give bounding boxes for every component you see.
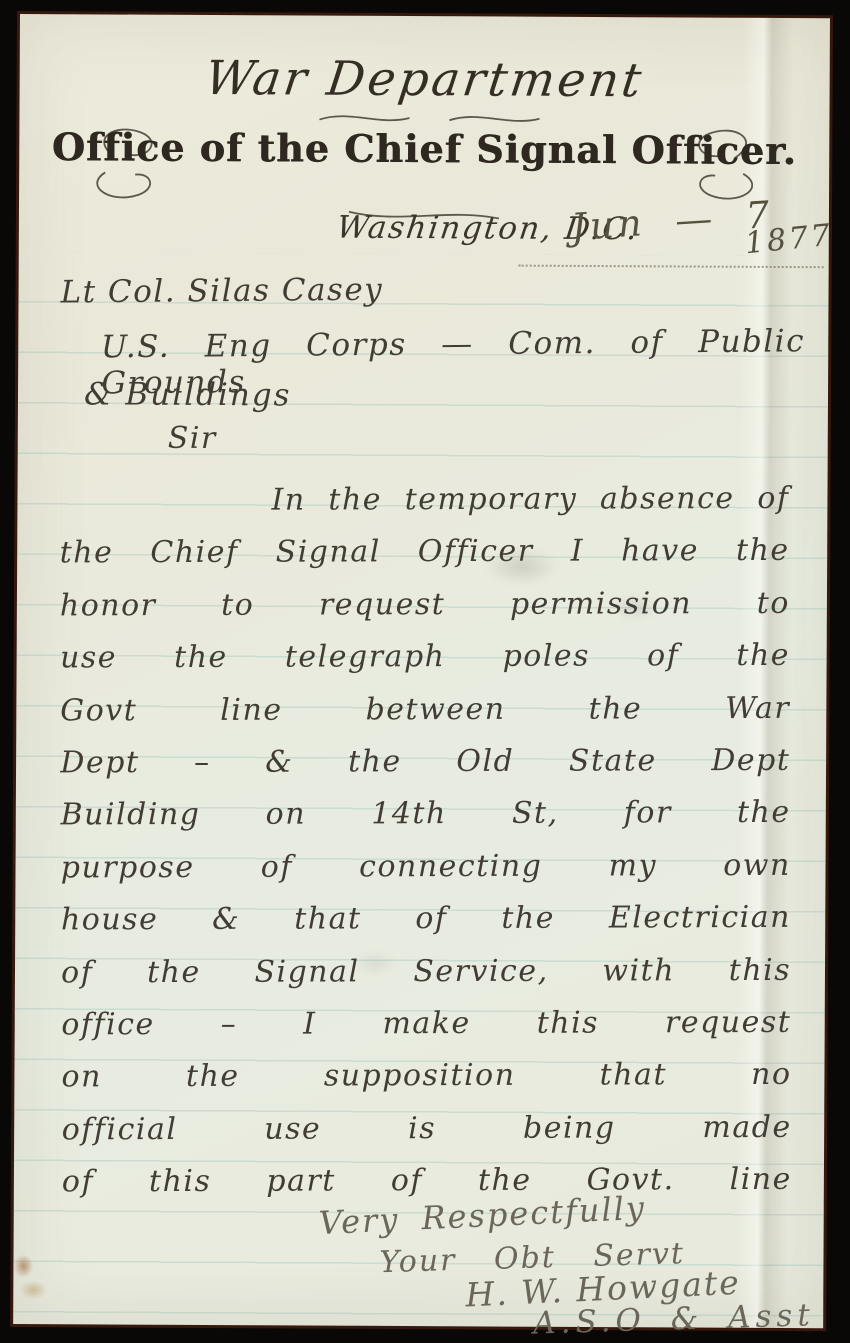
- body-line: of the Signal Service, with this: [61, 944, 791, 999]
- letterhead-office: Office of the Chief Signal Officer.: [19, 124, 829, 173]
- body-line: Dept – & the Old State Dept: [60, 735, 790, 790]
- body-line: Govt line between the War: [60, 682, 790, 737]
- body-line: use the telegraph poles of the: [60, 630, 790, 685]
- body-line: on the supposition that no: [61, 1049, 791, 1104]
- body-line: official use is being made: [62, 1102, 792, 1157]
- address-line-buildings: & Buildings: [84, 376, 292, 413]
- body-line: office – I make this request: [61, 997, 791, 1052]
- body-line: the Chief Signal Officer I have the: [60, 525, 790, 580]
- stain-mark: [9, 1250, 37, 1282]
- scan-background: War Department Office of the Chief Signa…: [0, 0, 850, 1343]
- salutation: Sir: [168, 421, 217, 456]
- address-line-recipient: Lt Col. Silas Casey: [60, 272, 383, 311]
- letter-body: In the temporary absence of the Chief Si…: [59, 473, 792, 1209]
- letterhead-department: War Department: [16, 50, 833, 109]
- signature-title: A.S.O & Asst: [533, 1297, 816, 1341]
- body-line: Building on 14th St, for the: [60, 787, 790, 842]
- body-line: purpose of connecting my own: [61, 840, 791, 895]
- stain-mark: [13, 1276, 53, 1304]
- body-line: house & that of the Electrician: [61, 892, 791, 947]
- letter-paper: War Department Office of the Chief Signa…: [13, 14, 830, 1328]
- body-line: honor to request permission to: [60, 578, 790, 633]
- body-line: In the temporary absence of: [59, 473, 789, 528]
